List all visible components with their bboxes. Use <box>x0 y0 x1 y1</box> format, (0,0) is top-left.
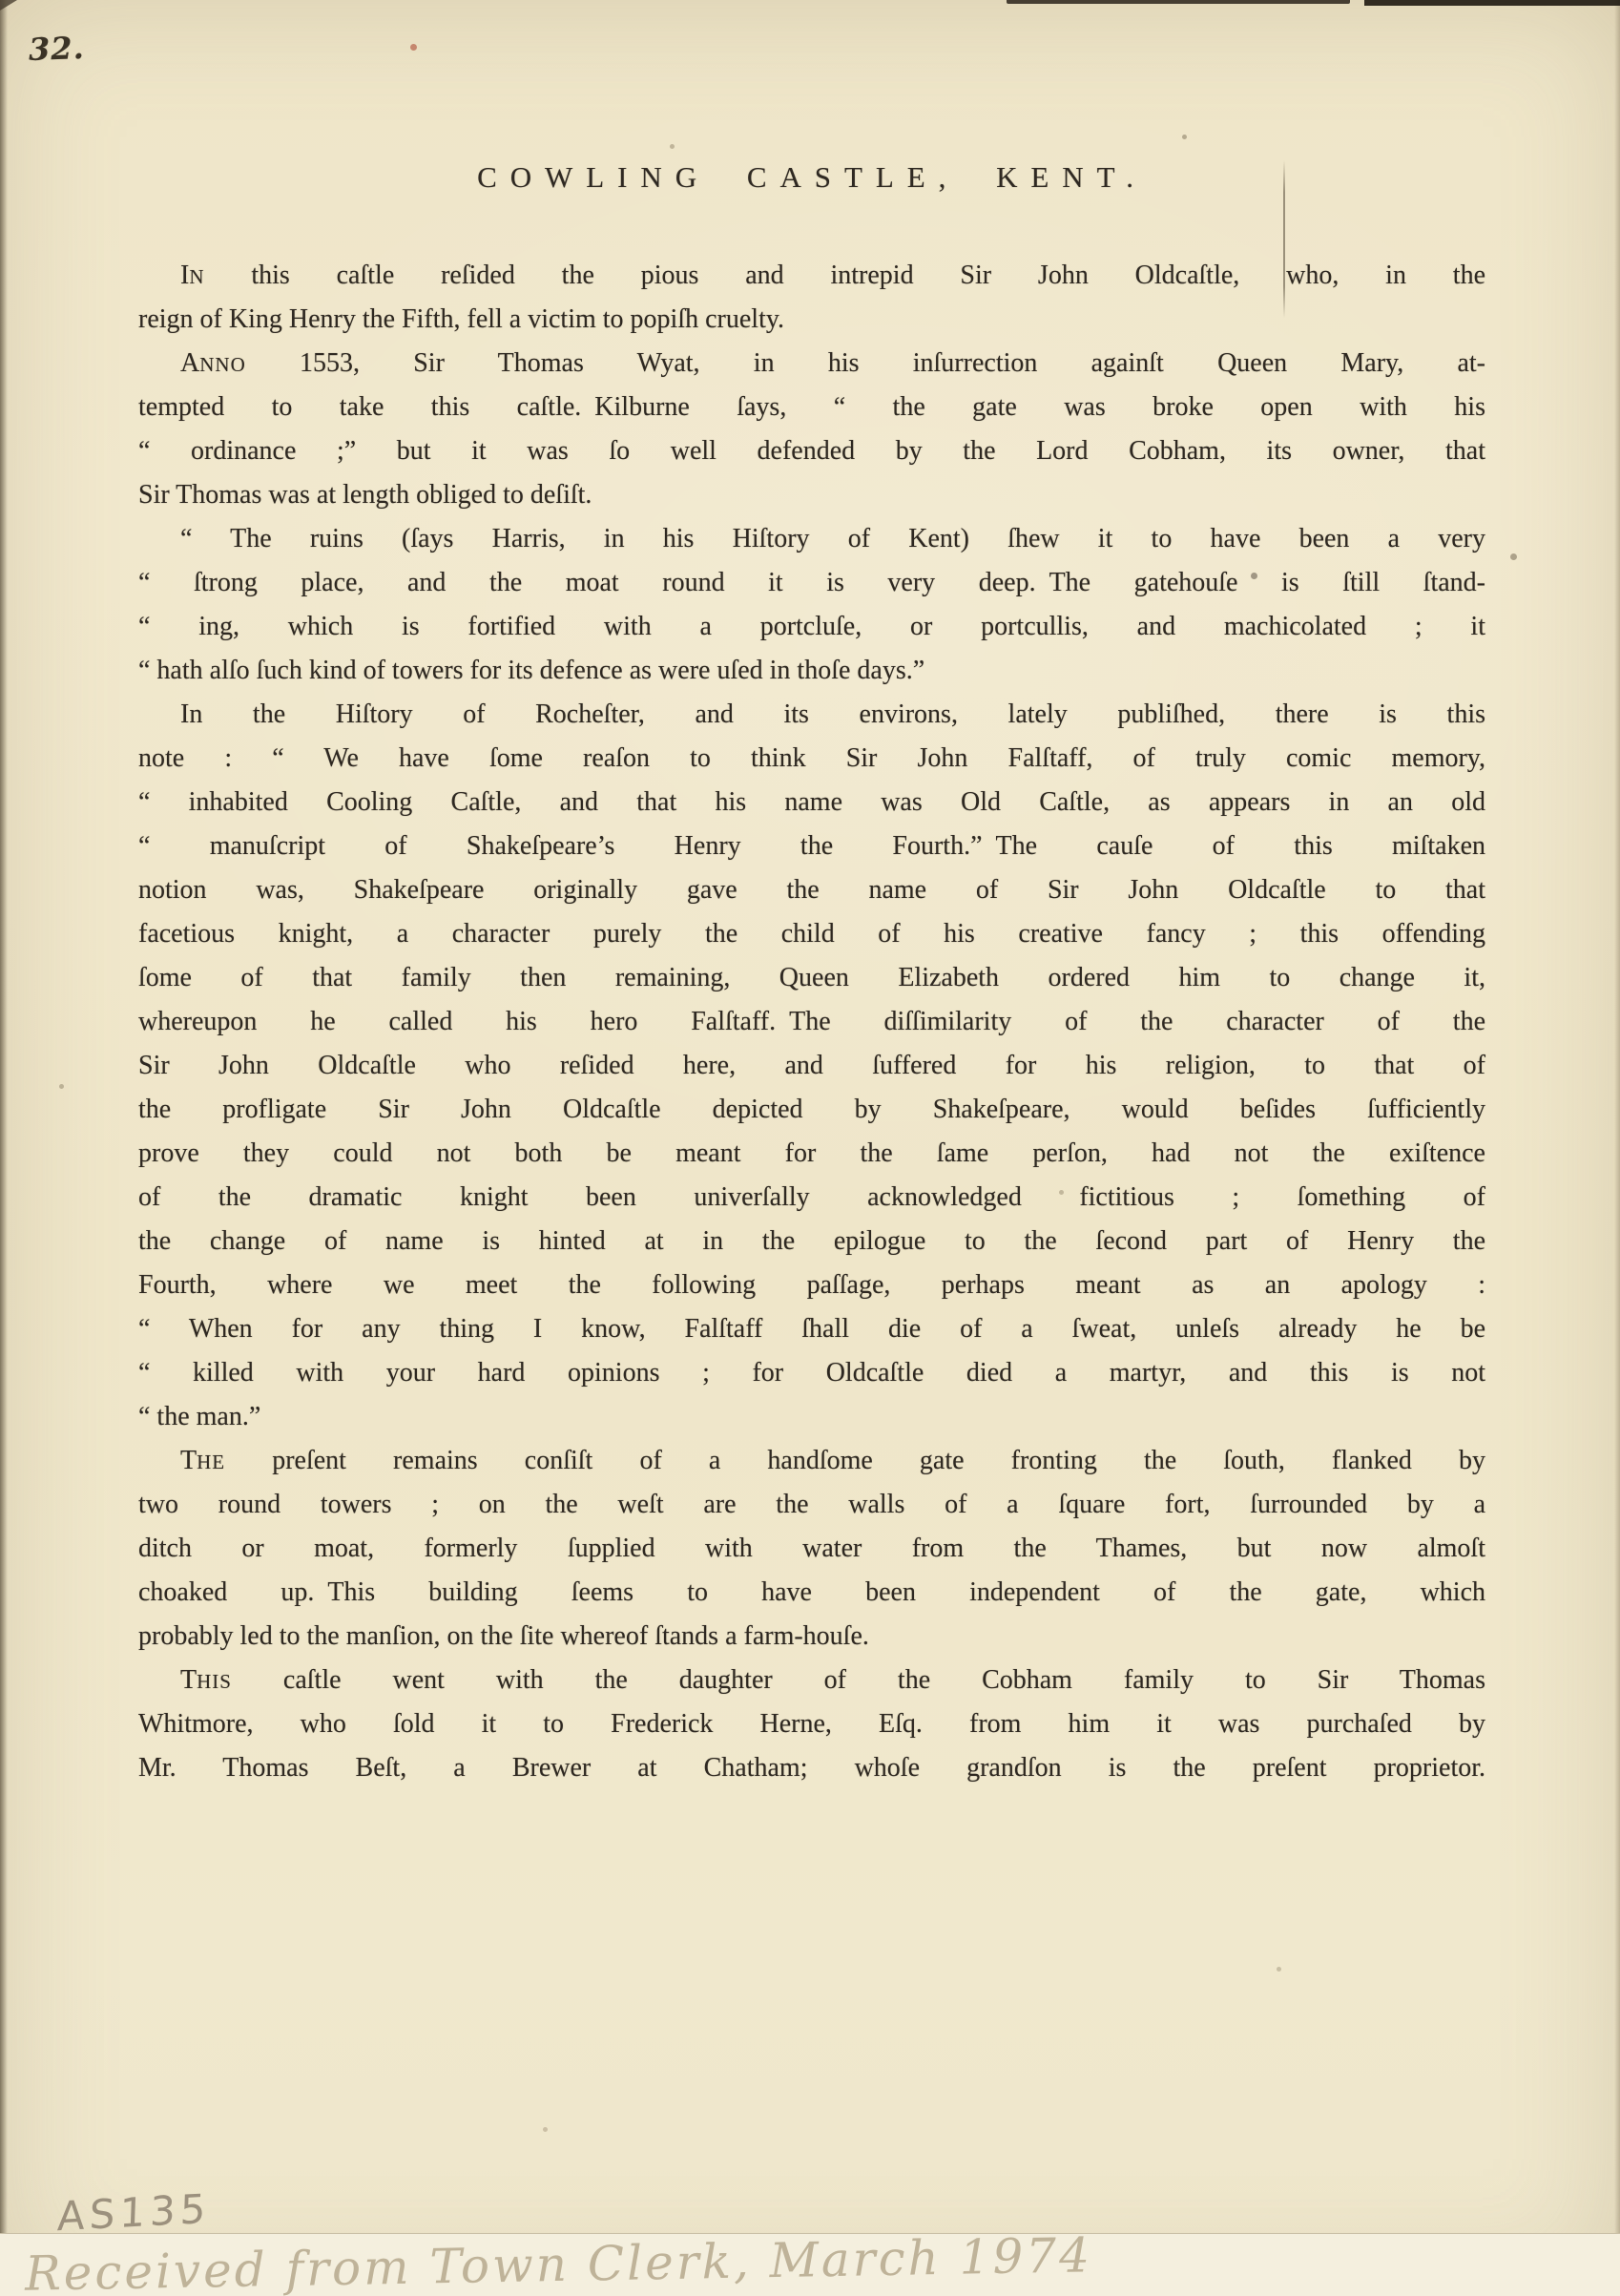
scan-edge-top-strip-2 <box>1364 0 1620 6</box>
paper-specks <box>0 0 3 3</box>
line-text: two round towers ; on the weſt are the w… <box>138 1490 1485 1519</box>
line-text: whereupon he called his hero Falſtaff. T… <box>138 1007 1485 1036</box>
text-line: probably led to the manſion, on the ſite… <box>138 1615 1485 1659</box>
line-text: tempted to take this caſtle. Kilburne ſa… <box>138 392 1485 422</box>
line-text: choaked up. This building ſeems to have … <box>138 1577 1485 1607</box>
text-line: Sir John Oldcaſtle who reſided here, and… <box>138 1044 1485 1088</box>
line-text: ſome of that family then remaining, Quee… <box>138 963 1485 992</box>
text-line: facetious knight, a character purely the… <box>138 912 1485 956</box>
text-line: the change of name is hinted at in the e… <box>138 1220 1485 1263</box>
line-text: facetious knight, a character purely the… <box>138 919 1485 949</box>
line-text: “ When for any thing I know, Falſtaff ſh… <box>138 1314 1485 1344</box>
text-line: Mr. Thomas Beſt, a Brewer at Chatham; wh… <box>138 1746 1485 1790</box>
text-line: Whitmore, who ſold it to Frederick Herne… <box>138 1702 1485 1746</box>
line-text: prove they could not both be meant for t… <box>138 1138 1485 1168</box>
line-text: “ killed with your hard opinions ; for O… <box>138 1358 1485 1388</box>
text-line: note : “ We have ſome reaſon to think Si… <box>138 737 1485 781</box>
lead-small-caps: N <box>189 265 204 288</box>
text-line: “ manuſcript of Shakeſpeare’s Henry the … <box>138 824 1485 868</box>
text-line: of the dramatic knight been univerſally … <box>138 1176 1485 1220</box>
text-line: “ The ruins (ſays Harris, in his Hiſtory… <box>138 517 1485 561</box>
text-line: “ ordinance ;” but it was ſo well defend… <box>138 429 1485 473</box>
lead-small-caps: HIS <box>197 1670 232 1693</box>
lead-capital: T <box>180 1446 197 1475</box>
lead-capital: T <box>180 1665 197 1695</box>
line-text: reign of King Henry the Fifth, fell a vi… <box>138 304 784 334</box>
text-line: ANNO 1553, Sir Thomas Wyat, in his inſur… <box>138 342 1485 386</box>
line-text: “ ing, which is fortified with a portclu… <box>138 612 1485 641</box>
text-line: IN this caſtle reſided the pious and int… <box>138 254 1485 298</box>
page-number: 32. <box>28 30 85 68</box>
text-line: reign of King Henry the Fifth, fell a vi… <box>138 298 1485 342</box>
text-line: choaked up. This building ſeems to have … <box>138 1571 1485 1615</box>
text-line: two round towers ; on the weſt are the w… <box>138 1483 1485 1527</box>
line-text: In the Hiſtory of Rocheſter, and its env… <box>180 699 1485 729</box>
line-text: Fourth, where we meet the following paſſ… <box>138 1270 1485 1300</box>
text-line: THIS caſtle went with the daughter of th… <box>138 1659 1485 1702</box>
page-title: COWLING CASTLE, KENT. <box>138 160 1485 195</box>
line-text: the profligate Sir John Oldcaſtle depict… <box>138 1095 1485 1124</box>
text-line: In the Hiſtory of Rocheſter, and its env… <box>138 693 1485 737</box>
line-text: note : “ We have ſome reaſon to think Si… <box>138 743 1485 773</box>
text-line: ſome of that family then remaining, Quee… <box>138 956 1485 1000</box>
line-text: “ ordinance ;” but it was ſo well defend… <box>138 436 1485 466</box>
article-text: IN this caſtle reſided the pious and int… <box>138 254 1485 1790</box>
text-line: whereupon he called his hero Falſtaff. T… <box>138 1000 1485 1044</box>
line-text: probably led to the manſion, on the ſite… <box>138 1621 869 1651</box>
line-text: “ manuſcript of Shakeſpeare’s Henry the … <box>138 831 1485 861</box>
text-line: “ When for any thing I know, Falſtaff ſh… <box>138 1307 1485 1351</box>
text-line: “ hath alſo ſuch kind of towers for its … <box>138 649 1485 693</box>
scan-edge-top-strip <box>1007 0 1350 4</box>
line-text: Sir Thomas was at length obliged to deſi… <box>138 480 592 510</box>
lead-capital: A <box>180 348 199 378</box>
text-line: “ ſtrong place, and the moat round it is… <box>138 561 1485 605</box>
text-line: prove they could not both be meant for t… <box>138 1132 1485 1176</box>
line-text: Whitmore, who ſold it to Frederick Herne… <box>138 1709 1485 1739</box>
text-line: ditch or moat, formerly ſupplied with wa… <box>138 1527 1485 1571</box>
handwritten-ref-code: AS135 <box>56 2185 211 2241</box>
line-text: Mr. Thomas Beſt, a Brewer at Chatham; wh… <box>138 1753 1485 1783</box>
text-line: the profligate Sir John Oldcaſtle depict… <box>138 1088 1485 1132</box>
line-text: this caſtle reſided the pious and intrep… <box>205 261 1486 290</box>
line-text: “ The ruins (ſays Harris, in his Hiſtory… <box>180 524 1485 553</box>
scan-edge-left <box>0 0 8 2296</box>
text-line: Fourth, where we meet the following paſſ… <box>138 1263 1485 1307</box>
line-text: caſtle went with the daughter of the Cob… <box>232 1665 1485 1695</box>
line-text: “ inhabited Cooling Caſtle, and that his… <box>138 787 1485 817</box>
text-line: notion was, Shakeſpeare originally gave … <box>138 868 1485 912</box>
text-line: “ ing, which is fortified with a portclu… <box>138 605 1485 649</box>
line-text: “ ſtrong place, and the moat round it is… <box>138 568 1485 597</box>
line-text: Sir John Oldcaſtle who reſided here, and… <box>138 1051 1485 1080</box>
lead-small-caps: HE <box>197 1451 225 1473</box>
line-text: preſent remains conſiſt of a handſome ga… <box>225 1446 1485 1475</box>
text-line: tempted to take this caſtle. Kilburne ſa… <box>138 386 1485 429</box>
scan-edge-right <box>1614 0 1620 2296</box>
lead-small-caps: NNO <box>199 353 246 376</box>
line-text: notion was, Shakeſpeare originally gave … <box>138 875 1485 905</box>
text-line: “ the man.” <box>138 1395 1485 1439</box>
line-text: 1553, Sir Thomas Wyat, in his inſurrecti… <box>246 348 1485 378</box>
lead-capital: I <box>180 261 189 290</box>
line-text: the change of name is hinted at in the e… <box>138 1226 1485 1256</box>
line-text: ditch or moat, formerly ſupplied with wa… <box>138 1534 1485 1563</box>
line-text: of the dramatic knight been univerſally … <box>138 1182 1485 1212</box>
text-line: “ killed with your hard opinions ; for O… <box>138 1351 1485 1395</box>
line-text: “ hath alſo ſuch kind of towers for its … <box>138 656 924 685</box>
text-line: Sir Thomas was at length obliged to deſi… <box>138 473 1485 517</box>
text-line: THE preſent remains conſiſt of a handſom… <box>138 1439 1485 1483</box>
scanned-page: 32. COWLING CASTLE, KENT. IN this caſtle… <box>0 0 1620 2296</box>
text-line: “ inhabited Cooling Caſtle, and that his… <box>138 781 1485 824</box>
line-text: “ the man.” <box>138 1402 260 1431</box>
